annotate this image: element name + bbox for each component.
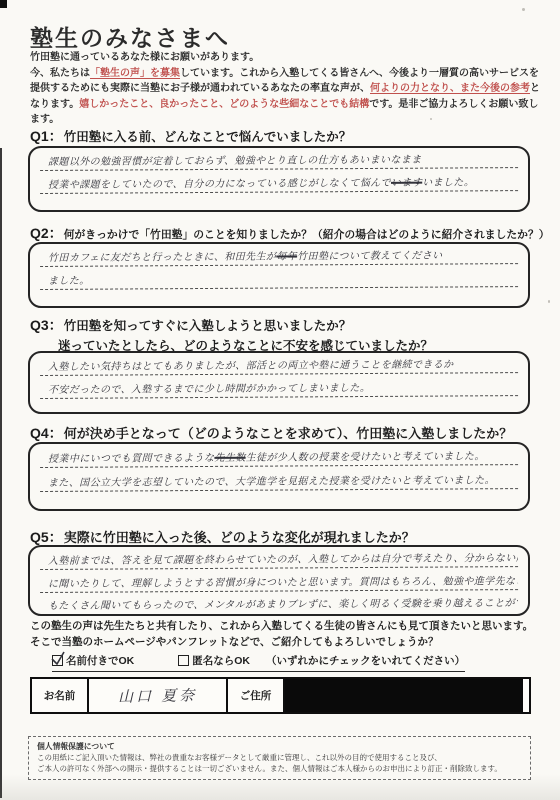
name-address-table: お名前 山口 夏奈 ご住所 <box>30 677 531 714</box>
consent-row: 名前付きでOK 匿名ならOK （いずれかにチェックをいれてください） <box>52 653 465 672</box>
address-value-cell <box>285 679 529 712</box>
question1-number: Q1： <box>30 128 63 144</box>
intro-highlight-anything: 嬉しかったこと、良かったこと、どのような些細なことでも結構 <box>79 99 369 110</box>
handwritten-answer-line: 入塾前までは、答えを見て課題を終わらせていたのが、入塾してからは自分で考えたり、… <box>40 544 518 570</box>
question2-header: Q2：何がきっかけで「竹田塾」のことを知りましたか？（紹介の場合はどのように紹介… <box>30 223 550 243</box>
intro-highlight-recruiting: 「塾生の声」を募集 <box>90 68 180 79</box>
share-line-1: この塾生の声は先生たちと共有したり、これから入塾してくる生徒の皆さんにも見て頂き… <box>30 618 544 634</box>
question3-text: 竹田塾を知ってすぐに入塾しようと思いましたか？ <box>64 319 352 333</box>
question1-answer-box: 課題以外の勉強習慣が定着しておらず、勉強やとり直しの仕方もあいまいなまま 授業や… <box>28 146 530 212</box>
handwritten-answer-line: 竹田カフェに友だちと行ったときに、和田先生が毎年竹田塾について教えてください <box>40 241 518 267</box>
empty-writing-line <box>40 194 518 210</box>
address-label-cell: ご住所 <box>228 679 285 712</box>
handwritten-name: 山口 夏奈 <box>118 684 198 706</box>
named-ok-checkbox <box>52 655 63 666</box>
empty-writing-line <box>40 492 518 509</box>
share-request-text: この塾生の声は先生たちと共有したり、これから入塾してくる生徒の皆さんにも見て頂き… <box>30 618 544 650</box>
question4-number: Q4： <box>30 425 63 441</box>
handwritten-answer-line: また、国公立大学を志望していたので、大学進学を見据えた授業を受けたいと考えていま… <box>40 465 518 492</box>
privacy-line-1: この用紙にご記入頂いた情報は、弊社の貴重なお客様データとして厳重に管理し、これ以… <box>37 753 522 764</box>
redaction-bar <box>285 679 523 712</box>
privacy-notice: 個人情報保護について この用紙にご記入頂いた情報は、弊社の貴重なお客様データとし… <box>28 736 531 780</box>
handwritten-answer-line: 入塾したい気持ちはとてもありましたが、部活との両立や塾に通うことを継続できるか <box>40 350 518 376</box>
consent-instruction: （いずれかにチェックをいれてください） <box>266 653 465 668</box>
privacy-line-2: ご本人の許可なく外部への開示・提供することは一切ございません。また、個人情報はご… <box>37 764 522 775</box>
question2-text: 何がきっかけで「竹田塾」のことを知りましたか？（紹介の場合はどのように紹介されま… <box>64 229 550 241</box>
anonymous-ok-label: 匿名ならOK <box>192 653 250 668</box>
question5-number: Q5： <box>30 529 63 545</box>
question2-answer-box: 竹田カフェに友だちと行ったときに、和田先生が毎年竹田塾について教えてください ま… <box>28 242 530 308</box>
name-value-cell: 山口 夏奈 <box>89 679 228 712</box>
handwritten-answer-line: 不安だったので、入塾するまでに少し時間がかかってしまいました。 <box>40 373 518 399</box>
empty-writing-line <box>40 399 518 412</box>
intro-text: 今、私たちは <box>30 68 90 79</box>
name-label-cell: お名前 <box>32 679 89 712</box>
question2-number: Q2： <box>30 225 63 241</box>
intro-request-line: 竹田塾に通っているあなた様にお願いがあります。 <box>30 52 259 63</box>
scan-edge-artifact <box>0 148 2 798</box>
question3-number: Q3： <box>30 317 63 333</box>
question4-header: Q4：何が決め手となって（どのようなことを求めて）、竹田塾に入塾しましたか？ <box>30 423 512 443</box>
named-ok-label: 名前付きでOK <box>66 653 134 668</box>
question3-header: Q3：竹田塾を知ってすぐに入塾しようと思いましたか？ 迷っていたとしたら、どのよ… <box>30 315 433 355</box>
handwritten-answer-line: 課題以外の勉強習慣が定着しておらず、勉強やとり直しの仕方もあいまいなまま <box>40 145 518 171</box>
handwritten-answer-line: ました。 <box>40 264 518 290</box>
scan-speck <box>548 300 550 303</box>
intro-paragraph: 竹田塾に通っているあなた様にお願いがあります。 今、私たちは「塾生の声」を募集し… <box>30 50 544 128</box>
question5-answer-box: 入塾前までは、答えを見て課題を終わらせていたのが、入塾してからは自分で考えたり、… <box>28 545 530 616</box>
scanned-questionnaire-page: 塾生のみなさまへ 竹田塾に通っているあなた様にお願いがあります。 今、私たちは「… <box>0 0 560 800</box>
intro-highlight-power: 何よりの力となり、また今後の参考 <box>370 83 530 94</box>
share-line-2: そこで当塾のホームページやパンフレットなどで、ご紹介してもよろしいでしょうか？ <box>30 634 544 650</box>
scan-speck <box>522 8 525 11</box>
question3-answer-box: 入塾したい気持ちはとてもありましたが、部活との両立や塾に通うことを継続できるか … <box>28 351 530 414</box>
page-title: 塾生のみなさまへ <box>30 20 230 53</box>
empty-writing-line <box>40 290 518 306</box>
question5-header: Q5：実際に竹田塾に入った後、どのような変化が現れましたか？ <box>30 527 415 547</box>
privacy-title: 個人情報保護について <box>37 741 522 752</box>
question4-answer-box: 授業中にいつでも質問できるような先生数生徒が少人数の授業を受けたいと考えていまし… <box>28 442 530 511</box>
handwritten-answer-line: 授業や課題をしていたので、自分の力になっている感じがしなくて悩んでいますいました… <box>40 168 518 194</box>
anonymous-ok-checkbox <box>178 655 189 666</box>
question5-text: 実際に竹田塾に入った後、どのような変化が現れましたか？ <box>64 530 415 545</box>
handwritten-answer-line: もたくさん聞いてもらったので、メンタルがあまりブレずに、楽しく明るく受験を乗り越… <box>40 590 518 614</box>
scan-corner-artifact <box>0 0 7 8</box>
handwritten-answer-line: に聞いたりして、理解しようとする習慣が身についたと思います。質問はもちろん、勉強… <box>40 567 518 593</box>
question4-text: 何が決め手となって（どのようなことを求めて）、竹田塾に入塾しましたか？ <box>64 426 513 441</box>
handwritten-answer-line: 授業中にいつでも質問できるような先生数生徒が少人数の授業を受けたいと考えていまし… <box>40 441 518 468</box>
question1-header: Q1：竹田塾に入る前、どんなことで悩んでいましたか？ <box>30 126 351 146</box>
question1-text: 竹田塾に入る前、どんなことで悩んでいましたか？ <box>64 130 352 144</box>
